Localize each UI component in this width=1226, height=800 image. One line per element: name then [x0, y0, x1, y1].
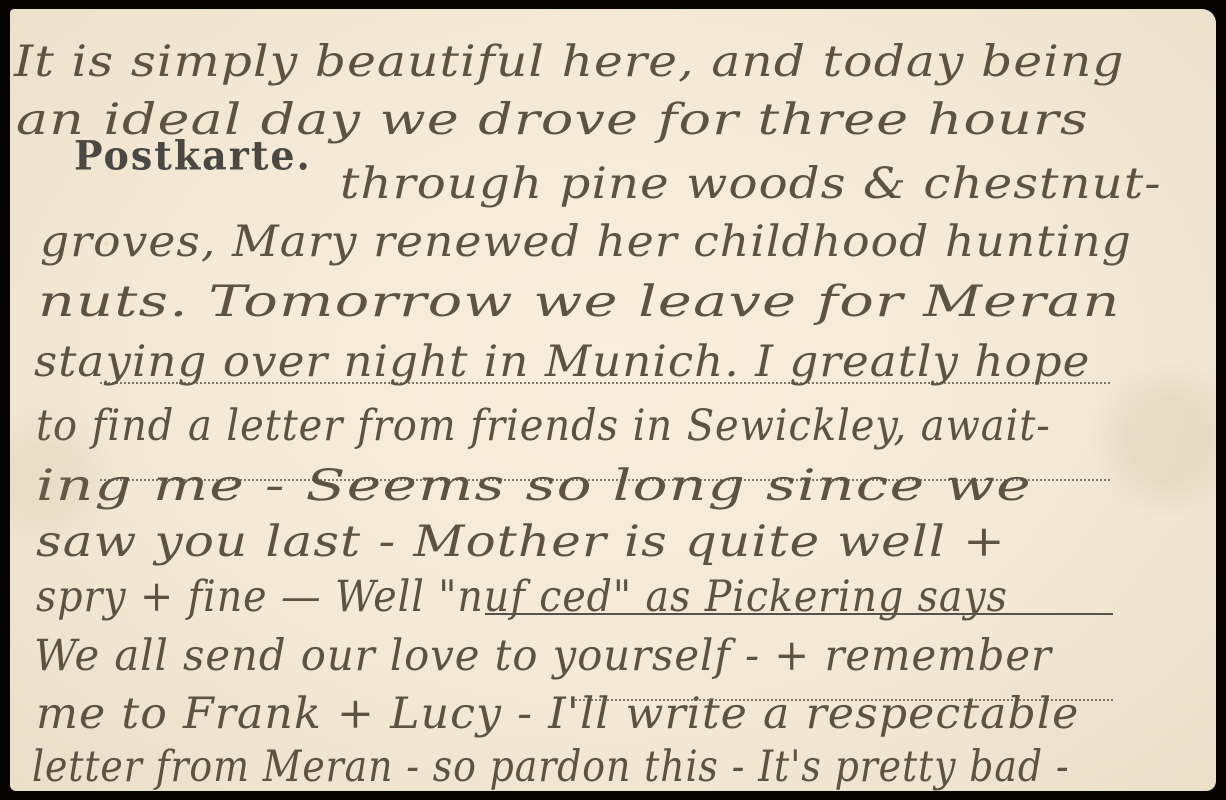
- handwritten-line-13: letter from Meran - so pardon this - It'…: [32, 742, 1070, 791]
- handwritten-line-4: groves, Mary renewed her childhood hunti…: [40, 217, 1132, 267]
- handwritten-line-9: saw you last - Mother is quite well +: [36, 517, 1006, 567]
- handwritten-line-12: me to Frank + Lucy - I'll write a respec…: [36, 689, 1079, 739]
- handwritten-line-8: ing me - Seems so long since we: [36, 461, 1032, 511]
- handwritten-line-5: nuts. Tomorrow we leave for Meran: [38, 277, 1121, 327]
- handwritten-line-2: an ideal day we drove for three hours: [16, 95, 1089, 145]
- handwritten-line-6: staying over night in Munich. I greatly …: [34, 337, 1090, 387]
- handwritten-line-10: spry + fine — Well "nuf ced" as Pickerin…: [36, 572, 1008, 622]
- handwritten-line-3: through pine woods & chestnut-: [340, 159, 1162, 209]
- handwritten-line-7: to find a letter from friends in Sewickl…: [36, 401, 1051, 451]
- postcard: Postkarte. It is simply beautiful here, …: [10, 9, 1216, 791]
- handwritten-line-1: It is simply beautiful here, and today b…: [14, 37, 1125, 87]
- handwritten-line-11: We all send our love to yourself - + rem…: [34, 631, 1052, 681]
